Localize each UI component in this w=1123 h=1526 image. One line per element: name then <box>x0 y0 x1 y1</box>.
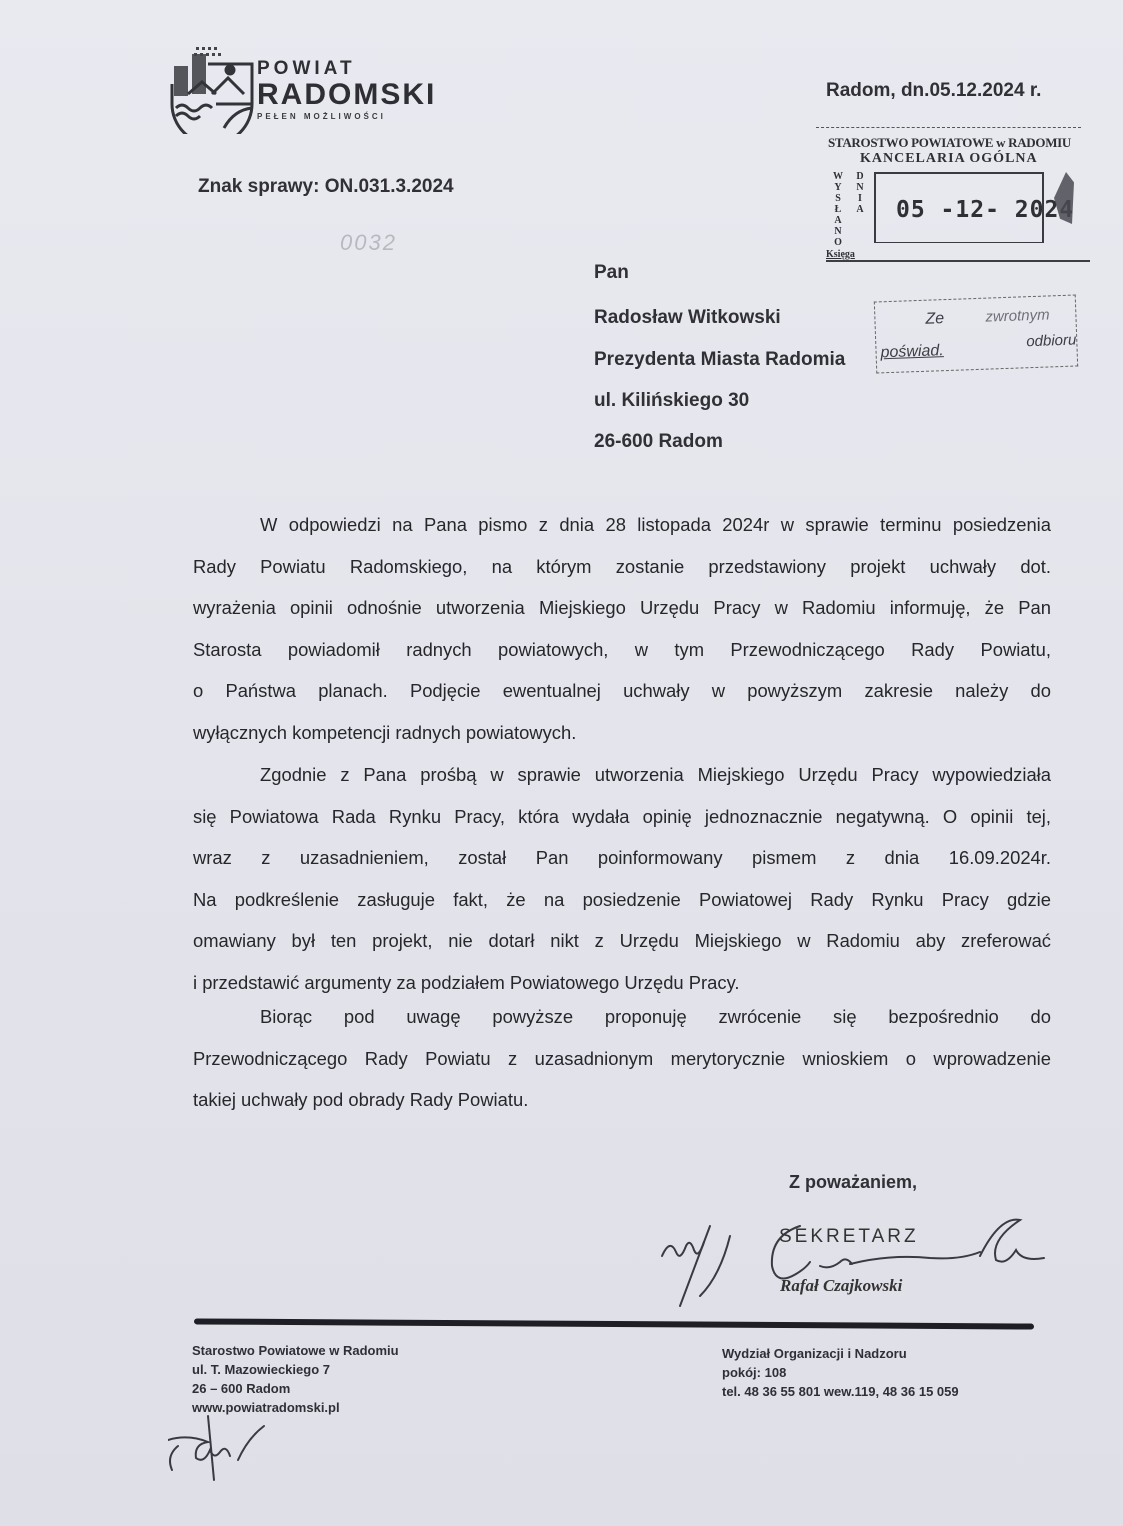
letter-page: POWIAT RADOMSKI PEŁEN MOŻLIWOŚCI Radom, … <box>0 0 1123 1526</box>
signatory-role: SEKRETARZ <box>779 1226 919 1248</box>
place-and-date: Radom, dn.05.12.2024 r. <box>826 80 1041 102</box>
body-line: Biorąc pod uwagę powyższe proponuję zwró… <box>193 996 1051 1038</box>
body-line: wyrażenia opinii odnośnie utworzenia Mie… <box>193 587 1051 629</box>
signatory-name: Rafał Czajkowski <box>780 1276 902 1296</box>
footer-line: ul. T. Mazowieckiego 7 <box>192 1360 399 1379</box>
stamp2-text: poświad. <box>880 342 944 362</box>
body-line: o Państwa planach. Podjęcie ewentualnej … <box>193 670 1051 712</box>
body-paragraph-1: W odpowiedzi na Pana pismo z dnia 28 lis… <box>193 504 1051 753</box>
body-line: Starosta powiadomił radnych powiatowych,… <box>193 629 1051 671</box>
addressee-name: Radosław Witkowski <box>594 307 781 329</box>
stamp-department: KANCELARIA OGÓLNA <box>860 151 1038 167</box>
stamp-book-label: Księga <box>826 249 855 260</box>
footer-office-address: Starostwo Powiatowe w Radomiu ul. T. Maz… <box>192 1341 399 1417</box>
body-line: Przewodniczącego Rady Powiatu z uzasadni… <box>193 1038 1051 1080</box>
body-line: omawiany był ten projekt, nie dotarł nik… <box>193 920 1051 962</box>
logo-word-powiat: POWIAT <box>257 58 356 80</box>
body-line: Rady Powiatu Radomskiego, na którym zost… <box>193 546 1051 588</box>
body-paragraph-2: Zgodnie z Pana prośbą w sprawie utworzen… <box>193 754 1051 1003</box>
handwritten-initials-icon <box>168 1410 278 1490</box>
footer-line: Starostwo Powiatowe w Radomiu <box>192 1341 399 1360</box>
body-line: W odpowiedzi na Pana pismo z dnia 28 lis… <box>193 504 1051 546</box>
stamp-day-label: DNIA <box>854 171 866 215</box>
body-line: takiej uchwały pod obrady Rady Powiatu. <box>193 1079 1051 1121</box>
body-line: Na podkreślenie zasługuje fakt, że na po… <box>193 879 1051 921</box>
faint-handwriting: 0032 <box>340 230 397 256</box>
addressee-street: ul. Kilińskiego 30 <box>594 390 749 412</box>
stamp2-text: odbioru <box>1026 332 1077 351</box>
closing-phrase: Z poważaniem, <box>789 1172 917 1193</box>
body-line: wyłącznych kompetencji radnych powiatowy… <box>193 712 1051 754</box>
footer-department-contact: Wydział Organizacji i Nadzoru pokój: 108… <box>722 1344 959 1401</box>
stamp-underline <box>826 260 1090 262</box>
stamp-office: STAROSTWO POWIATOWE w RADOMIU <box>828 135 1071 151</box>
body-paragraph-3: Biorąc pod uwagę powyższe proponuję zwró… <box>193 996 1051 1121</box>
footer-phone: tel. 48 36 55 801 wew.119, 48 36 15 059 <box>722 1382 959 1401</box>
addressee-city: 26-600 Radom <box>594 431 723 453</box>
registry-stamp: STAROSTWO POWIATOWE w RADOMIU KANCELARIA… <box>816 127 1088 262</box>
stamp-sent-label: WYSŁANO <box>832 171 844 248</box>
body-line: się Powiatowa Rada Rynku Pracy, która wy… <box>193 796 1051 838</box>
stamp2-text: zwrotnym <box>985 306 1050 325</box>
logo-tagline: PEŁEN MOŻLIWOŚCI <box>257 112 386 121</box>
addressee-salutation: Pan <box>594 262 629 284</box>
handwritten-signature-icon <box>650 1206 1070 1316</box>
footer-line: Wydział Organizacji i Nadzoru <box>722 1344 959 1363</box>
stamp2-text: Ze <box>925 310 944 329</box>
delivery-confirmation-stamp: Ze zwrotnym poświad. odbioru <box>874 294 1078 373</box>
body-line: Zgodnie z Pana prośbą w sprawie utworzen… <box>193 754 1051 796</box>
footer-line: pokój: 108 <box>722 1363 959 1382</box>
stamp-border <box>816 127 1081 128</box>
footer-divider <box>194 1318 1034 1329</box>
body-line: wraz z uzasadnieniem, został Pan poinfor… <box>193 837 1051 879</box>
footer-line: 26 – 600 Radom <box>192 1379 399 1398</box>
stamp-date: 05 -12- 2024 <box>896 197 1074 223</box>
addressee-title: Prezydenta Miasta Radomia <box>594 349 845 371</box>
logo-word-radomski: RADOMSKI <box>257 78 436 112</box>
case-reference: Znak sprawy: ON.031.3.2024 <box>198 176 454 198</box>
